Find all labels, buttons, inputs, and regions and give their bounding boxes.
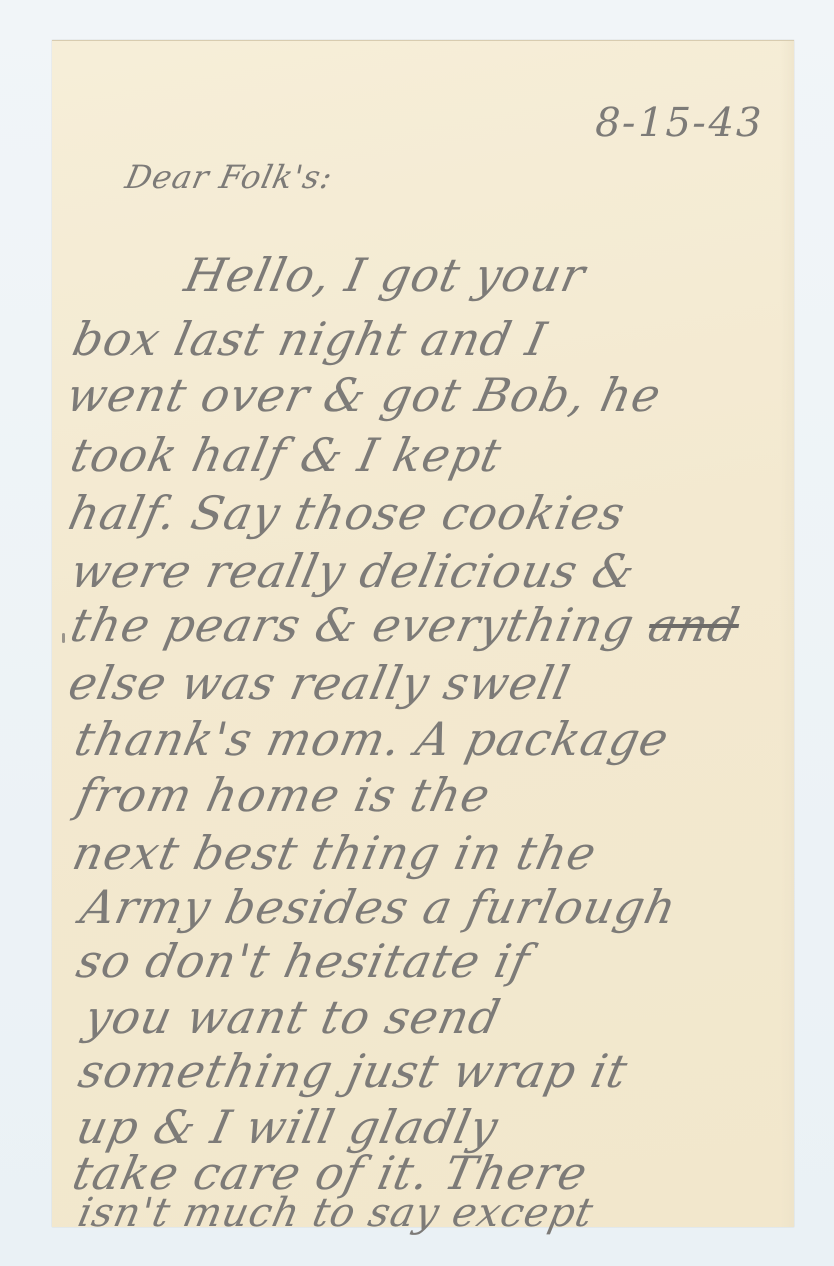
letter-line-10: from home is the [72,768,495,822]
letter-line-11: next best thing in the [68,826,602,880]
letter-line-12: Army besides a furlough [76,880,682,934]
letter-line-3: went over & got Bob, he [62,368,666,422]
letter-line-9: thank's mom. A package [70,712,674,766]
letter-date: 8-15-43 [590,100,768,146]
letter-line-6: were really delicious & [66,544,641,598]
letter-line-2: box last night and I [68,312,552,366]
letter-line-7: the pears & everything and [66,598,745,652]
letter-line-1: Hello, I got your [180,248,591,302]
letter-line-14: you want to send [80,990,506,1044]
struck-out-word: and [644,598,745,652]
letter-line-13: so don't hesitate if [72,934,535,988]
letter-salutation: Dear Folk's: [122,158,337,196]
letter-line-15: something just wrap it [74,1044,633,1098]
letter-line-4: took half & I kept [66,428,507,482]
letter-line-18: isn't much to say except [74,1190,598,1236]
letter-line-8: else was really swell [64,656,575,710]
letter-line-7-text: the pears & everything [66,598,640,652]
letter-line-5: half. Say those cookies [64,486,630,540]
margin-mark [62,633,65,643]
